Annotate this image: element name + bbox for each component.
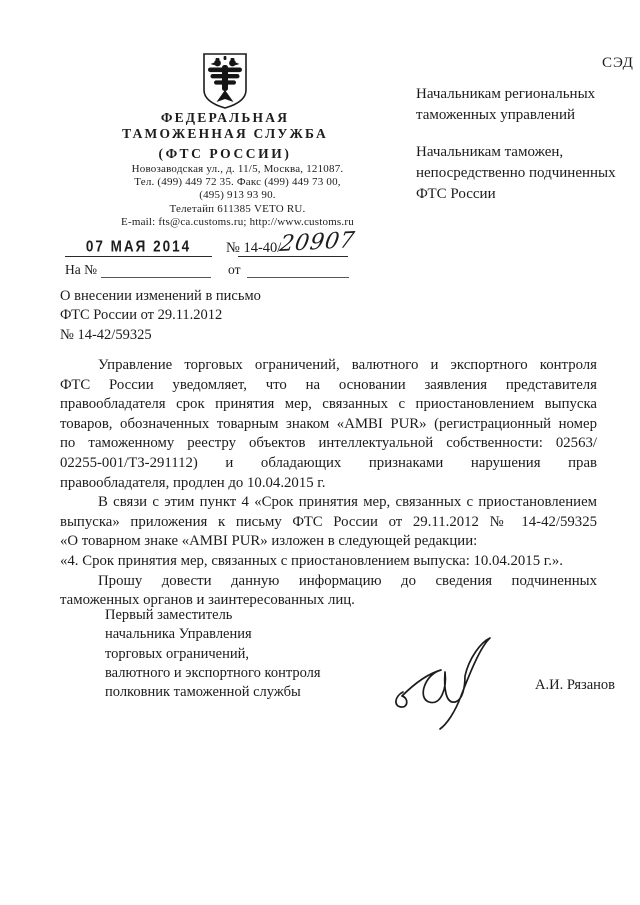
addressee-line: Начальникам таможен, xyxy=(416,142,626,163)
body-line: Управление торговых ограничений, валютно… xyxy=(60,356,597,376)
body-line: Прошу довести данную информацию до сведе… xyxy=(60,572,597,592)
addressee-line: ФТС России xyxy=(416,184,626,205)
org-line-2: ТАМОЖЕННАЯ СЛУЖБА xyxy=(85,126,365,142)
signer-title-line: полковник таможенной службы xyxy=(105,683,355,702)
org-line-3: (ФТС РОССИИ) xyxy=(85,146,365,162)
signer-title-line: Первый заместитель xyxy=(105,606,355,625)
signer-name: А.И. Рязанов xyxy=(535,677,615,694)
letterhead-org-name: ФЕДЕРАЛЬНАЯ ТАМОЖЕННАЯ СЛУЖБА (ФТС РОССИ… xyxy=(85,110,365,162)
body-line: по таможенному реестру объектов интеллек… xyxy=(60,434,597,454)
addressee-block-regional: Начальникам региональных таможенных упра… xyxy=(416,84,626,126)
subject-block: О внесении изменений в письмо ФТС России… xyxy=(60,287,340,345)
outgoing-number-typed: № 14-40/ xyxy=(226,240,281,257)
handwritten-signature-icon xyxy=(393,630,505,732)
body-line: 02255-001/ТЗ-291112) и обладающих призна… xyxy=(60,454,597,474)
subject-line: № 14-42/59325 xyxy=(60,326,340,345)
subject-line: ФТС России от 29.11.2012 xyxy=(60,306,340,325)
address-line: (495) 913 93 90. xyxy=(80,189,395,202)
letterhead-address-block: Новозаводская ул., д. 11/5, Москва, 1210… xyxy=(80,163,395,229)
address-line: Новозаводская ул., д. 11/5, Москва, 1210… xyxy=(80,163,395,176)
body-line: ФТС России уведомляет, что на основании … xyxy=(60,376,597,396)
addressee-line: Начальникам региональных xyxy=(416,84,626,105)
date-stamp-field: 07 МАЯ 2014 xyxy=(65,238,212,257)
date-stamp: 07 МАЯ 2014 xyxy=(86,238,191,255)
outgoing-number-handwritten: 20907 xyxy=(278,228,357,257)
subject-line: О внесении изменений в письмо xyxy=(60,287,340,306)
signer-title-block: Первый заместитель начальника Управления… xyxy=(105,606,355,702)
address-line: Тел. (499) 449 72 35. Факс (499) 449 73 … xyxy=(80,176,395,189)
reply-number-blank xyxy=(101,260,211,278)
address-line: Телетайп 611385 VETO RU. xyxy=(80,203,395,216)
reply-na-label: На № xyxy=(65,262,97,278)
address-line: E-mail: fts@ca.customs.ru; http://www.cu… xyxy=(80,216,395,229)
addressee-block-customs: Начальникам таможен, непосредственно под… xyxy=(416,142,626,205)
coat-of-arms-eagle-icon xyxy=(201,52,249,110)
addressee-line: непосредственно подчиненных xyxy=(416,163,626,184)
letter-body: Управление торговых ограничений, валютно… xyxy=(60,356,597,611)
body-line: «О товарном знаке «AMBI PUR» изложен в с… xyxy=(60,532,597,552)
signer-title-line: валютного и экспортного контроля xyxy=(105,664,355,683)
scanned-letter-page: ФЕДЕРАЛЬНАЯ ТАМОЖЕННАЯ СЛУЖБА (ФТС РОССИ… xyxy=(0,0,640,905)
signer-title-line: начальника Управления xyxy=(105,625,355,644)
reply-ot-label: от xyxy=(228,262,240,278)
body-line: «4. Срок принятия мер, связанных с приос… xyxy=(60,552,597,572)
body-line: правообладателя, продлен до 10.04.2015 г… xyxy=(60,474,597,494)
body-line: В связи с этим пункт 4 «Срок принятия ме… xyxy=(60,493,597,513)
reply-date-blank xyxy=(247,260,349,278)
body-line: выпуска» приложения к письму ФТС России … xyxy=(60,513,597,533)
signer-title-line: торговых ограничений, xyxy=(105,645,355,664)
org-line-1: ФЕДЕРАЛЬНАЯ xyxy=(85,110,365,126)
body-line: товаров, обозначенных товарным знаком «A… xyxy=(60,415,597,435)
addressee-line: таможенных управлений xyxy=(416,105,626,126)
sed-system-label: СЭД xyxy=(602,55,634,72)
body-line: правообладателя срок принятия мер, связа… xyxy=(60,395,597,415)
